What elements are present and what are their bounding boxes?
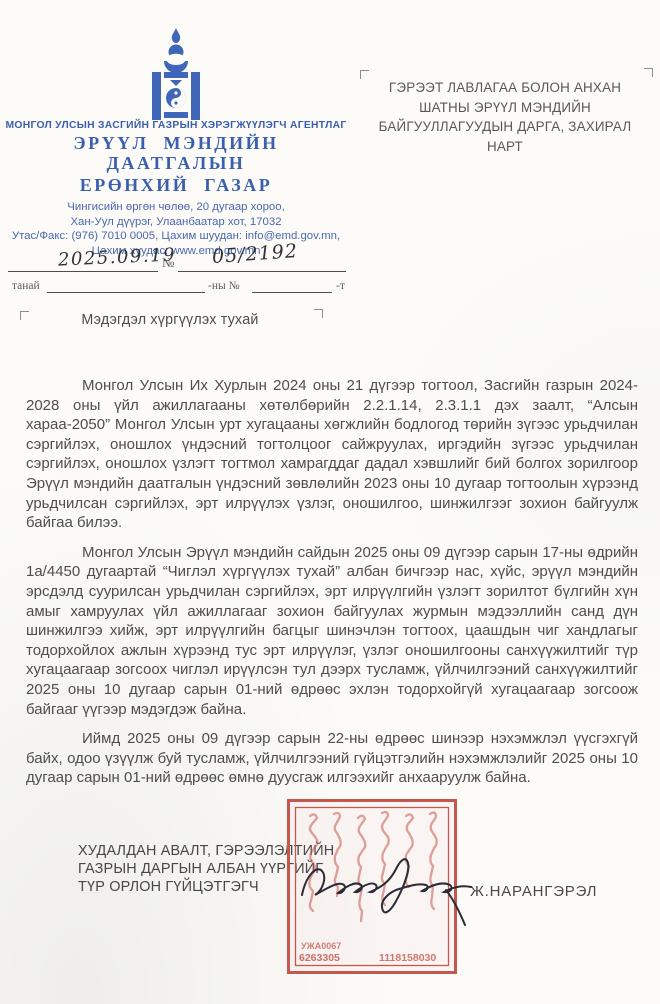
your-ref-prefix: танай bbox=[12, 280, 40, 292]
signatory-name: Ж.НАРАНГЭРЭЛ bbox=[470, 883, 597, 900]
number-sign: № bbox=[162, 255, 174, 271]
signature-scrawl bbox=[296, 843, 481, 933]
your-ref-underline1 bbox=[47, 292, 205, 293]
recipient-corner-left-icon bbox=[360, 70, 369, 79]
subject-corner-right-icon bbox=[314, 309, 323, 318]
recipient-block: ГЭРЭЭТ ЛАВЛАГАА БОЛОН АНХАН ШАТНЫ ЭРҮҮЛ … bbox=[372, 78, 638, 156]
org-name-line1: ЭРҮҮЛ МЭНДИЙН ДААТГАЛЫН bbox=[0, 133, 352, 173]
recipient-line: БАЙГУУЛЛАГУУДЫН ДАРГА, ЗАХИРАЛ bbox=[372, 117, 638, 137]
stamp-number-right: 1118158030 bbox=[379, 952, 436, 964]
stamp-registry-code: УЖА0067 bbox=[301, 941, 341, 951]
subject-corner-left-icon bbox=[20, 311, 29, 320]
recipient-line: НАРТ bbox=[372, 137, 638, 157]
paragraph-2: Монгол Улсын Эрүүл мэндийн сайдын 2025 о… bbox=[26, 543, 638, 719]
your-ref-suffix: -т bbox=[336, 280, 345, 292]
number-underline bbox=[178, 271, 346, 272]
paragraph-1: Монгол Улсын Их Хурлын 2024 оны 21 дүгээ… bbox=[26, 376, 638, 533]
handwritten-date: 2025.09.19 bbox=[58, 244, 177, 270]
handwritten-number: 05/2192 bbox=[211, 240, 298, 268]
paragraph-3: Иймд 2025 оны 09 дүгээр сарын 22-ны өдрө… bbox=[26, 729, 638, 788]
soyombo-logo-icon bbox=[144, 28, 208, 122]
your-ref-mid: -ны № bbox=[208, 280, 240, 292]
address-line3: Утас/Факс: (976) 7010 0005, Цахим шуудан… bbox=[0, 229, 352, 244]
agency-line: МОНГОЛ УЛСЫН ЗАСГИЙН ГАЗРЫН ХЭРЭГЖҮҮЛЭГЧ… bbox=[0, 120, 352, 131]
recipient-corner-right-icon bbox=[644, 68, 653, 77]
your-ref-underline2 bbox=[252, 292, 332, 293]
letter-body: Монгол Улсын Их Хурлын 2024 оны 21 дүгээ… bbox=[26, 376, 638, 798]
stamp-number-left: 6263305 bbox=[299, 952, 340, 964]
recipient-line: ШАТНЫ ЭРҮҮЛ МЭНДИЙН bbox=[372, 98, 638, 118]
org-name-line2: ЕРӨНХИЙ ГАЗАР bbox=[0, 175, 352, 195]
recipient-line: ГЭРЭЭТ ЛАВЛАГАА БОЛОН АНХАН bbox=[372, 78, 638, 98]
date-underline bbox=[8, 271, 158, 272]
document-page: МОНГОЛ УЛСЫН ЗАСГИЙН ГАЗРЫН ХЭРЭГЖҮҮЛЭГЧ… bbox=[0, 0, 660, 1004]
address-line1: Чингисийн өргөн чөлөө, 20 дугаар хороо, bbox=[0, 200, 352, 215]
letterhead: МОНГОЛ УЛСЫН ЗАСГИЙН ГАЗРЫН ХЭРЭГЖҮҮЛЭГЧ… bbox=[0, 120, 352, 258]
subject-line: Мэдэгдэл хүргүүлэх тухай bbox=[40, 312, 300, 328]
address-line2: Хан-Уул дүүрэг, Улаанбаатар хот, 17032 bbox=[0, 215, 352, 230]
org-address: Чингисийн өргөн чөлөө, 20 дугаар хороо, … bbox=[0, 200, 352, 258]
